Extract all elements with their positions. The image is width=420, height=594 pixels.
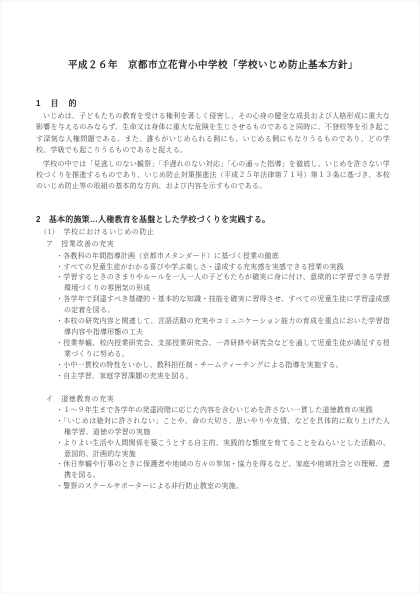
group-a-bullet: ・各教科の年間指導計画（京都市スタンダード）に基づく授業の徹底 <box>56 251 390 262</box>
group-a-bullet: ・各学年で到達すべき基礎的・基本的な知識・技能を確実に習得させ、すべての児童生徒… <box>56 294 390 316</box>
group-a-label: ア 授業改善の充実 <box>46 239 390 250</box>
section2-sub1-label: （1） 学校におけるいじめの防止 <box>40 227 390 238</box>
group-b-bullet: ・警察のスクールサポーターによる非行防止教室の実施。 <box>56 481 390 492</box>
group-a-bullet: ・自主学習、家庭学習課題の充実を図る。 <box>56 371 390 382</box>
group-b-bullet-list: ・１～９年生まで各学年の発達段階に応じた内容を含むいじめを許さない一貫した道徳教… <box>56 405 390 492</box>
group-b-bullet: ・「いじめは絶対に許されない」ことや、命の大切さ、思いやりや友情、などを具体的に… <box>56 416 390 438</box>
group-a-bullet: ・本校の研究内容と関連して、言語活動の充実やコミュニケーション能力の育成を重点に… <box>56 316 390 338</box>
document-title: 平成２６年 京都市立花背小中学校「学校いじめ防止基本方針」 <box>36 57 390 71</box>
document-page: 平成２６年 京都市立花背小中学校「学校いじめ防止基本方針」 1 目 的 いじめは… <box>0 0 420 594</box>
group-a-bullet-list: ・各教科の年間指導計画（京都市スタンダード）に基づく授業の徹底 ・すべての児童生… <box>56 251 390 382</box>
section1-paragraph-2: 学校の中では「見逃しのない観察」「手遅れのない対応」「心の通った指導」を徹底し、… <box>36 159 390 193</box>
group-b-label: イ 道徳教育の充実 <box>46 394 390 405</box>
section1-paragraph-1: いじめは、子どもたちの教育を受ける権利を著しく侵害し、その心身の健全な成長および… <box>36 111 390 157</box>
section1-heading: 1 目 的 <box>36 98 390 109</box>
group-a-bullet: ・小中一貫校の特性をいかし、教科担任制・チームティーチングによる指導を実施する。 <box>56 360 390 371</box>
group-b-bullet: ・１～９年生まで各学年の発達段階に応じた内容を含むいじめを許さない一貫した道徳教… <box>56 405 390 416</box>
group-a-bullet: ・すべての児童生徒がわかる喜びや学ぶ楽しさ・達成する充実感を実感できる授業の実践 <box>56 262 390 273</box>
group-b-bullet: ・休日参観や行事のときに保護者や地域の方々の参加・協力を得るなど、家庭や地域社会… <box>56 459 390 481</box>
section2-heading: 2 基本的施策…人権教育を基盤とした学校づくりを実践する。 <box>36 214 390 225</box>
group-b-bullet: ・よりよい生活や人間関係を築こうとする自主的、実践的な態度を育てることをねらいと… <box>56 438 390 460</box>
group-a-bullet: ・学習するときのきまりやルールを一人一人の子どもたちが確実に身に付け、意欲的に学… <box>56 272 390 294</box>
group-a-bullet: ・授業参観、校内授業研究会、支部授業研究会、一斉研修や研究会などを通して児童生徒… <box>56 338 390 360</box>
